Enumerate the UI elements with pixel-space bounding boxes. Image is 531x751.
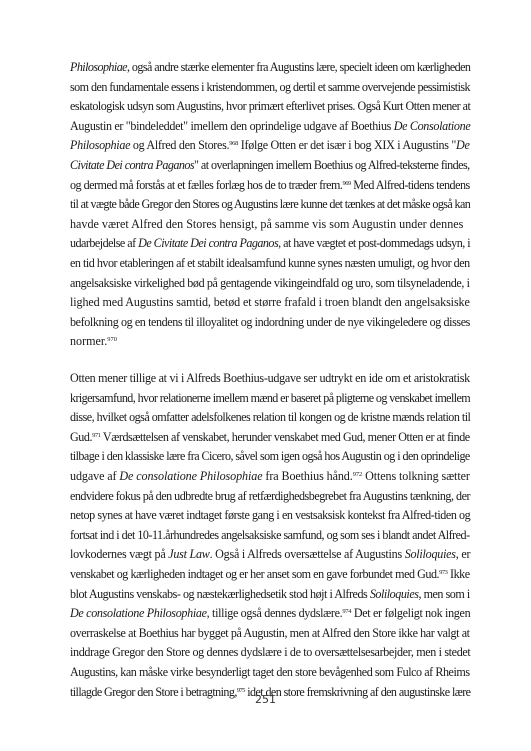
text-line: eskatologisk udsyn som Augustins, hvor p…	[70, 97, 470, 117]
text-line: disse, hvilket også omfatter adelsfolken…	[70, 408, 470, 428]
italic-title: De consolatione Philosophiae	[70, 606, 207, 620]
text-run: endvidere fokus på den udbredte brug af …	[70, 489, 470, 503]
text-line: Civitate Dei contra Paganos" at overlapn…	[70, 156, 470, 176]
text-line: havde været Alfred den Stores hensigt, p…	[70, 215, 470, 235]
text-run: Otten mener tillige at vi i Alfreds Boet…	[70, 371, 470, 385]
italic-title: Civitate Dei contra Paganos	[70, 158, 194, 172]
text-line: Gud.971 Værdsættelsen af venskabet, heru…	[70, 428, 470, 448]
text-run: inddrage Gregor den Store og dennes dyds…	[70, 645, 470, 659]
text-run: tilbage i den klassiske lære fra Cicero,…	[70, 449, 470, 463]
text-line: venskabet og kærligheden indtaget og er …	[70, 565, 470, 585]
text-run: eskatologisk udsyn som Augustins, hvor p…	[70, 99, 470, 113]
text-run: Gud.	[70, 430, 92, 444]
italic-title: Philosophiae	[70, 60, 127, 74]
text-line: Otten mener tillige at vi i Alfreds Boet…	[70, 369, 470, 389]
text-run: disse, hvilket også omfatter adelsfolken…	[70, 410, 470, 424]
text-run: , er	[456, 547, 470, 561]
text-line: Augustin er "bindeleddet" imellem den op…	[70, 117, 470, 137]
text-run: udarbejdelse af	[70, 236, 138, 250]
paragraph-1: Philosophiae, også andre stærke elemente…	[70, 58, 470, 352]
text-run: lovkodernes vægt på	[70, 547, 168, 561]
text-run: befolkning og en tendens til illoyalitet…	[70, 315, 470, 329]
text-run: fortsat ind i det 10-11.århundredes ange…	[70, 528, 470, 542]
page-number: 251	[0, 693, 531, 706]
text-line: tilbage i den klassiske lære fra Cicero,…	[70, 447, 470, 467]
text-run: angelsaksiske virkelighed bød på gentage…	[70, 276, 470, 290]
text-run: Med Alfred-tidens tendens	[351, 178, 470, 192]
italic-title: Soliloquies	[405, 547, 456, 561]
text-run: overraskelse at Boethius har bygget på A…	[70, 626, 470, 640]
italic-title: De Civitate Dei contra Paganos	[138, 236, 278, 250]
text-line: overraskelse at Boethius har bygget på A…	[70, 624, 470, 644]
text-run: fra Boethius hånd.	[262, 469, 352, 483]
text-run: Det er følgeligt nok ingen	[351, 606, 470, 620]
text-run: havde været Alfred den Stores hensigt, p…	[70, 217, 463, 231]
text-line: Philosophiae og Alfred den Stores.968 If…	[70, 136, 470, 156]
text-line: krigersamfund, hvor relationerne imellem…	[70, 389, 470, 409]
text-run: , at have vægtet et post-dommedags udsyn…	[278, 236, 470, 250]
text-run: Ifølge Otten er det især i bog XIX i Aug…	[238, 138, 456, 152]
text-run: Ikke	[447, 567, 469, 581]
text-line: en tid hvor etableringen af et stabilt i…	[70, 254, 470, 274]
footnote-reference: 969	[342, 180, 350, 187]
text-line: angelsaksiske virkelighed bød på gentage…	[70, 274, 470, 294]
text-run: Augustin er "bindeleddet" imellem den op…	[70, 119, 394, 133]
footnote-reference: 968	[229, 140, 238, 147]
italic-title: Just Law	[168, 547, 209, 561]
footnote-reference: 970	[107, 336, 117, 343]
text-run: lighed med Augustins samtid, betød et st…	[70, 295, 470, 309]
text-line: befolkning og en tendens til illoyalitet…	[70, 313, 470, 333]
text-run: netop synes at have været indtaget først…	[70, 508, 470, 522]
text-run: og Alfred den Stores.	[130, 138, 229, 152]
italic-title: Soliloquies,	[370, 587, 421, 601]
text-run: " at overlapningen imellem Boethius og A…	[194, 158, 470, 172]
text-run: normer.	[70, 334, 107, 348]
text-run: krigersamfund, hvor relationerne imellem…	[70, 391, 470, 405]
text-run: , tillige også dennes dydslære.	[207, 606, 343, 620]
text-line: udgave af De consolatione Philosophiae f…	[70, 467, 470, 487]
text-line: blot Augustins venskabs- og næstekærligh…	[70, 585, 470, 605]
document-page: Philosophiae, også andre stærke elemente…	[0, 0, 531, 751]
text-run: og dermed må forstås at et fælles forlæg…	[70, 178, 342, 192]
italic-title: Philosophiae	[70, 138, 130, 152]
paragraph-2: Otten mener tillige at vi i Alfreds Boet…	[70, 369, 470, 702]
text-line: De consolatione Philosophiae, tillige og…	[70, 604, 470, 624]
text-line: og dermed må forstås at et fælles forlæg…	[70, 176, 470, 196]
italic-title: De Consolatione	[394, 119, 471, 133]
text-line: som den fundamentale essens i kristendom…	[70, 78, 470, 98]
text-line: fortsat ind i det 10-11.århundredes ange…	[70, 526, 470, 546]
text-line: udarbejdelse af De Civitate Dei contra P…	[70, 234, 470, 254]
text-line: lovkodernes vægt på Just Law. Også i Alf…	[70, 545, 470, 565]
text-run: men som i	[421, 587, 470, 601]
text-line: Philosophiae, også andre stærke elemente…	[70, 58, 470, 78]
italic-title: De	[456, 138, 470, 152]
italic-title: De consolatione Philosophiae	[119, 469, 262, 483]
footnote-reference: 971	[92, 432, 100, 439]
text-line: netop synes at have været indtaget først…	[70, 506, 470, 526]
text-run: venskabet og kærligheden indtaget og er …	[70, 567, 439, 581]
text-line: inddrage Gregor den Store og dennes dyds…	[70, 643, 470, 663]
text-line: Augustins, kan måske virke besynderligt …	[70, 663, 470, 683]
text-run: Ottens tolkning sætter	[362, 469, 470, 483]
text-run: . Også i Alfreds oversættelse af Augusti…	[210, 547, 405, 561]
text-run: en tid hvor etableringen af et stabilt i…	[70, 256, 470, 270]
text-run: Værdsættelsen af venskabet, herunder ven…	[101, 430, 470, 444]
footnote-reference: 974	[342, 608, 351, 615]
text-line: endvidere fokus på den udbredte brug af …	[70, 487, 470, 507]
text-line: til at vægte både Gregor den Stores og A…	[70, 195, 470, 215]
text-line: normer.970	[70, 332, 470, 352]
text-run: som den fundamentale essens i kristendom…	[70, 80, 470, 94]
text-run: Augustins, kan måske virke besynderligt …	[70, 665, 470, 679]
text-run: til at vægte både Gregor den Stores og A…	[70, 197, 470, 211]
text-run: udgave af	[70, 469, 119, 483]
text-run: , også andre stærke elementer fra August…	[127, 60, 470, 74]
text-run: blot Augustins venskabs- og næstekærligh…	[70, 587, 370, 601]
footnote-reference: 972	[353, 471, 362, 478]
text-line: lighed med Augustins samtid, betød et st…	[70, 293, 470, 313]
